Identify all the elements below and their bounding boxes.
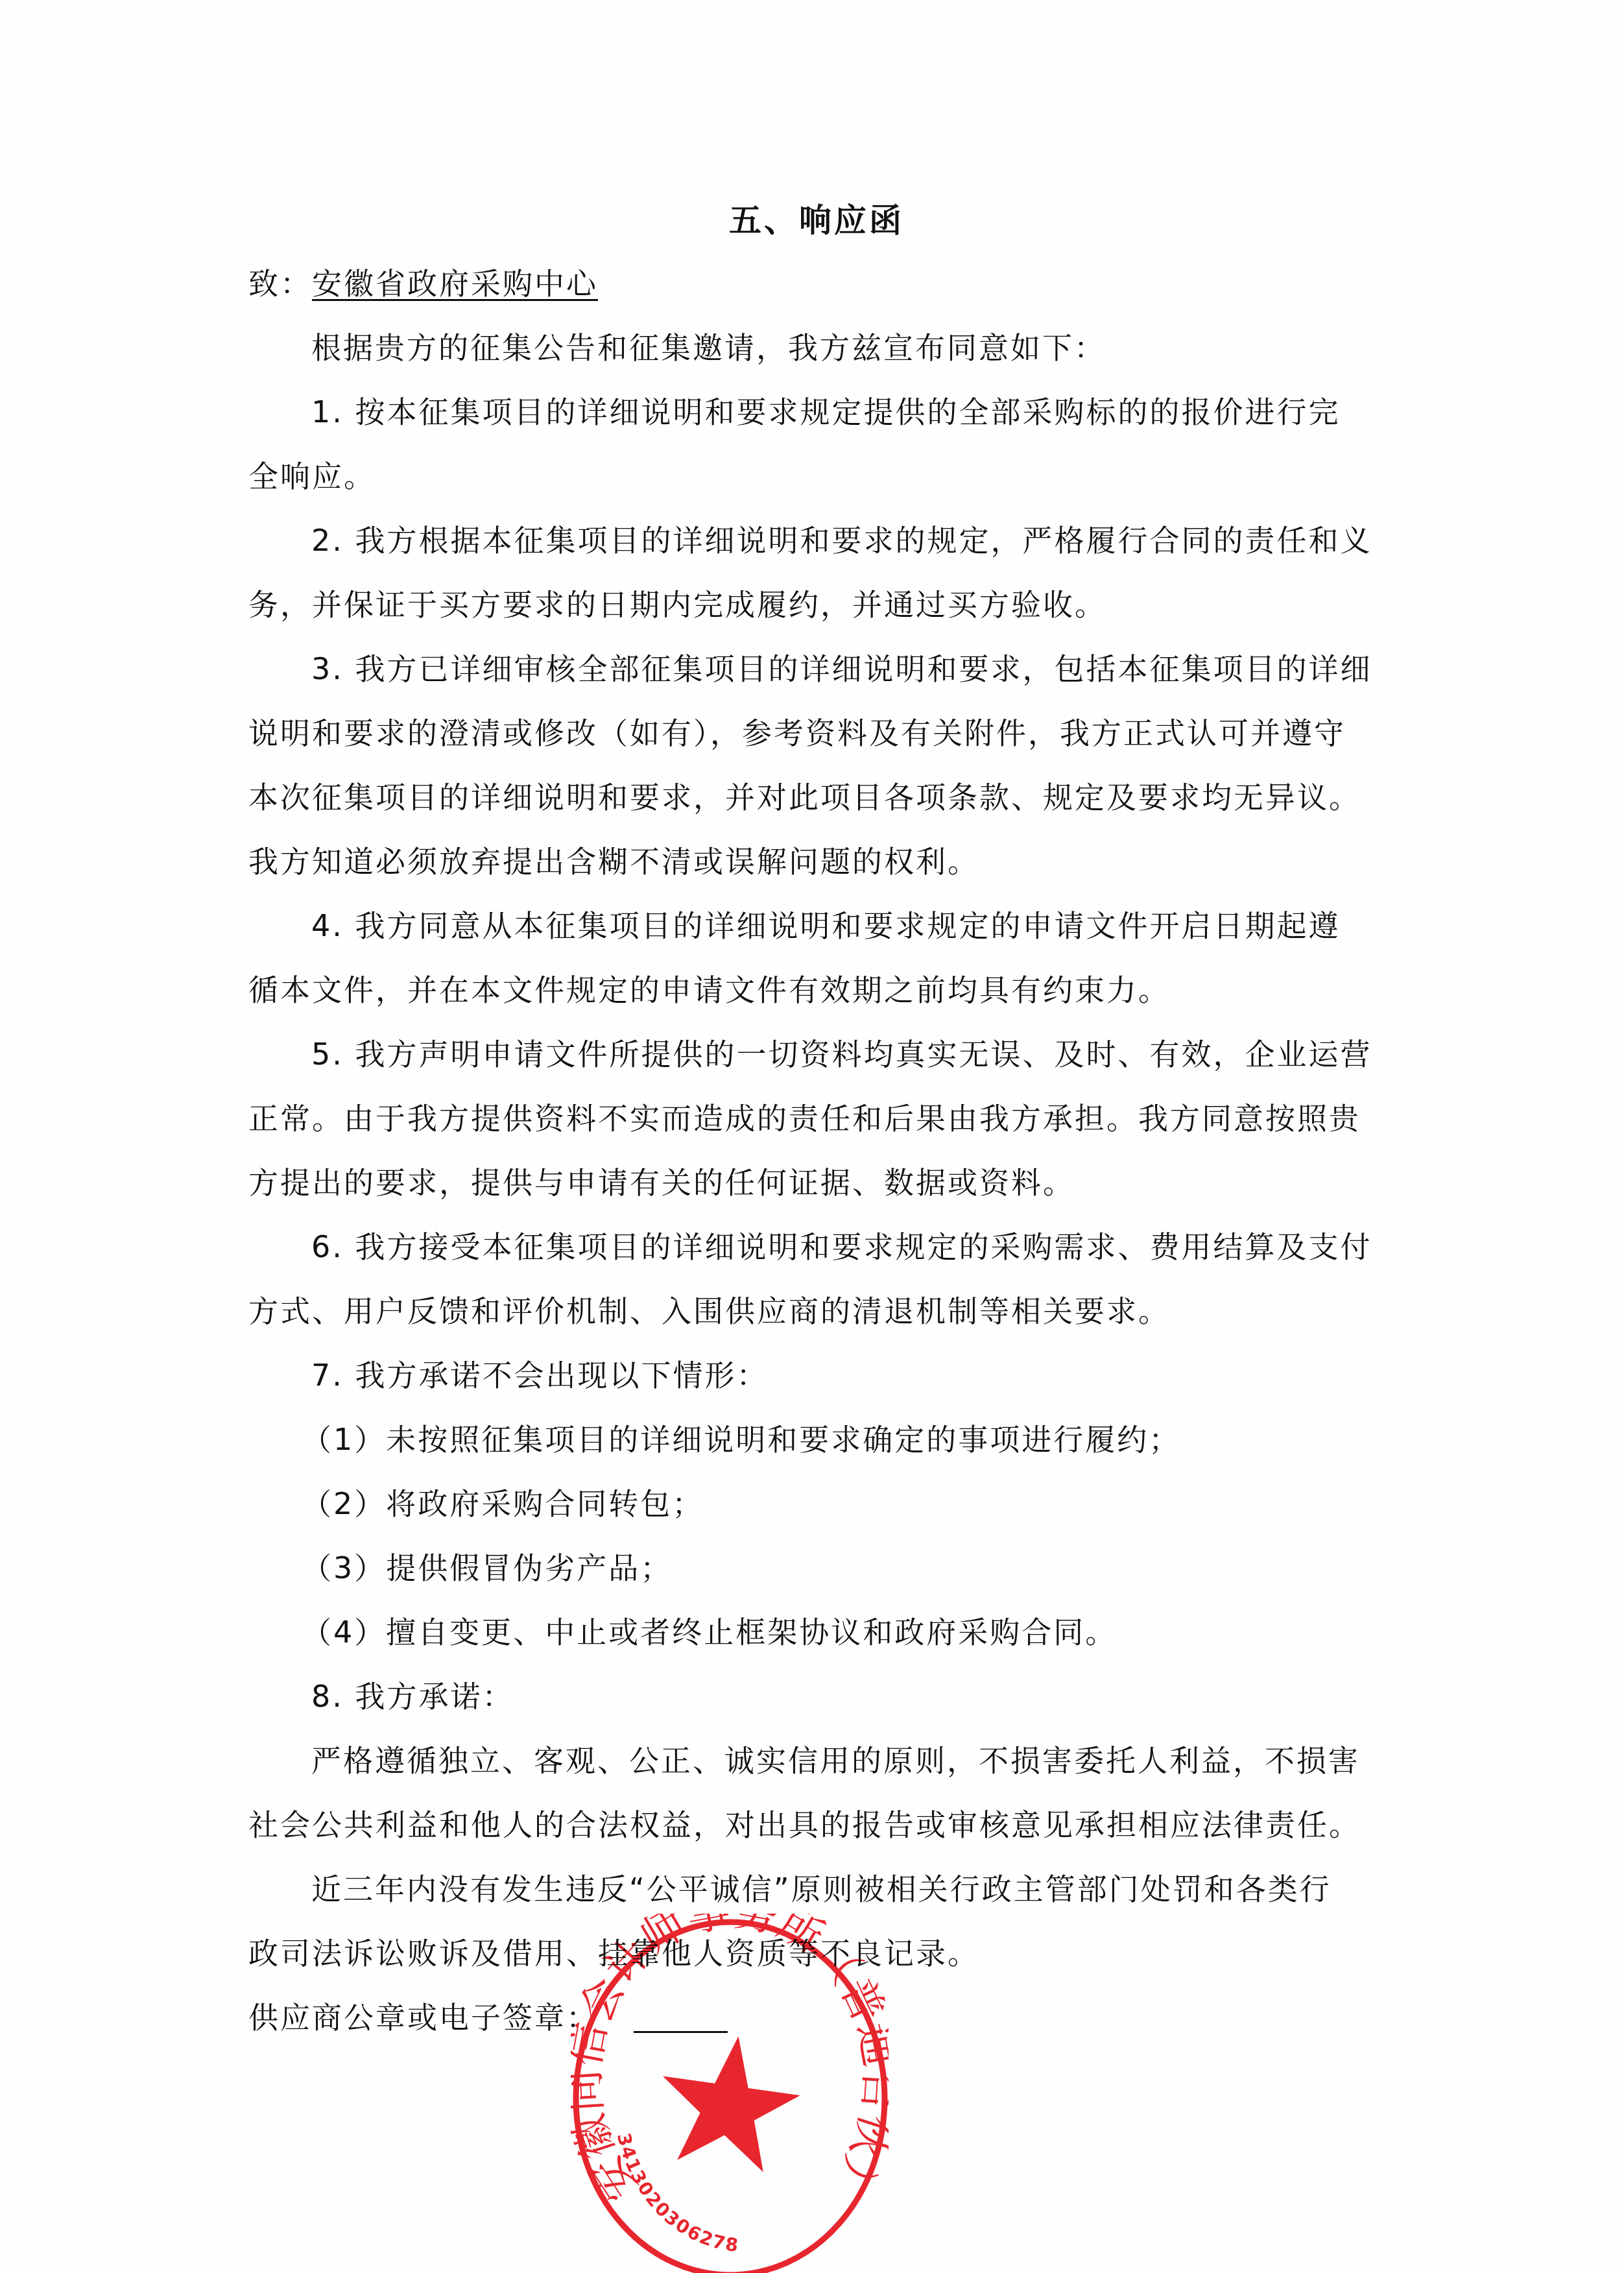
clause-3-line-1: 3. 我方已详细审核全部征集项目的详细说明和要求，包括本征集项目的详细 xyxy=(311,651,1393,687)
clause-8-line-3: 近三年内没有发生违反“公平诚信”原则被相关行政主管部门处罚和各类行 xyxy=(311,1871,1393,1907)
document-page: 五、响应函 致：安徽省政府采购中心 根据贵方的征集公告和征集邀请，我方兹宣布同意… xyxy=(0,0,1624,2273)
clause-8-line-1: 严格遵循独立、客观、公正、诚实信用的原则，不损害委托人利益，不损害 xyxy=(311,1742,1393,1779)
clause-6-line-2: 方式、用户反馈和评价机制、入围供应商的清退机制等相关要求。 xyxy=(248,1293,1393,1329)
company-seal: 安徽同信会计师事务所（普通合伙） 3413020306278 xyxy=(571,1914,889,2273)
clause-3-line-3: 本次征集项目的详细说明和要求，并对此项目各项条款、规定及要求均无异议。 xyxy=(248,779,1393,815)
intro-paragraph: 根据贵方的征集公告和征集邀请，我方兹宣布同意如下： xyxy=(311,330,1393,366)
clause-8-line-2: 社会公共利益和他人的合法权益，对出具的报告或审核意见承担相应法律责任。 xyxy=(248,1807,1393,1843)
clause-7-item-2: （2）将政府采购合同转包； xyxy=(302,1485,1446,1522)
clause-1-line-1: 1. 按本征集项目的详细说明和要求规定提供的全部采购标的的报价进行完 xyxy=(311,394,1393,430)
clause-4-line-2: 循本文件，并在本文件规定的申请文件有效期之前均具有约束力。 xyxy=(248,972,1393,1008)
clause-5-line-1: 5. 我方声明申请文件所提供的一切资料均真实无误、及时、有效，企业运营 xyxy=(311,1036,1393,1072)
clause-6-line-1: 6. 我方接受本征集项目的详细说明和要求规定的采购需求、费用结算及支付 xyxy=(311,1229,1393,1265)
clause-5-line-3: 方提出的要求，提供与申请有关的任何证据、数据或资料。 xyxy=(248,1164,1393,1201)
clause-7-item-3: （3）提供假冒伪劣产品； xyxy=(302,1550,1446,1586)
seal-graphic: 安徽同信会计师事务所（普通合伙） 3413020306278 xyxy=(571,1914,889,2273)
clause-3-line-2: 说明和要求的澄清或修改（如有），参考资料及有关附件，我方正式认可并遵守 xyxy=(248,715,1393,751)
clause-7-item-1: （1）未按照征集项目的详细说明和要求确定的事项进行履约； xyxy=(302,1421,1446,1458)
addressee-line: 致：安徽省政府采购中心 xyxy=(248,265,1393,302)
clause-7-heading: 7. 我方承诺不会出现以下情形： xyxy=(311,1357,1393,1393)
clause-4-line-1: 4. 我方同意从本征集项目的详细说明和要求规定的申请文件开启日期起遵 xyxy=(311,908,1393,944)
addressee-name: 安徽省政府采购中心 xyxy=(312,266,598,301)
clause-1-line-2: 全响应。 xyxy=(248,458,1393,494)
clause-5-line-2: 正常。由于我方提供资料不实而造成的责任和后果由我方承担。我方同意按照贵 xyxy=(248,1100,1393,1136)
clause-8-heading: 8. 我方承诺： xyxy=(311,1678,1393,1714)
clause-7-item-4: （4）擅自变更、中止或者终止框架协议和政府采购合同。 xyxy=(302,1614,1446,1650)
clause-3-line-4: 我方知道必须放弃提出含糊不清或误解问题的权利。 xyxy=(248,843,1393,880)
addressee-label: 致： xyxy=(248,266,312,301)
page-title: 五、响应函 xyxy=(0,202,1624,239)
clause-2-line-2: 务，并保证于买方要求的日期内完成履约，并通过买方验收。 xyxy=(248,586,1393,623)
star-icon xyxy=(652,2026,807,2176)
clause-2-line-1: 2. 我方根据本征集项目的详细说明和要求的规定，严格履行合同的责任和义 xyxy=(311,522,1393,559)
